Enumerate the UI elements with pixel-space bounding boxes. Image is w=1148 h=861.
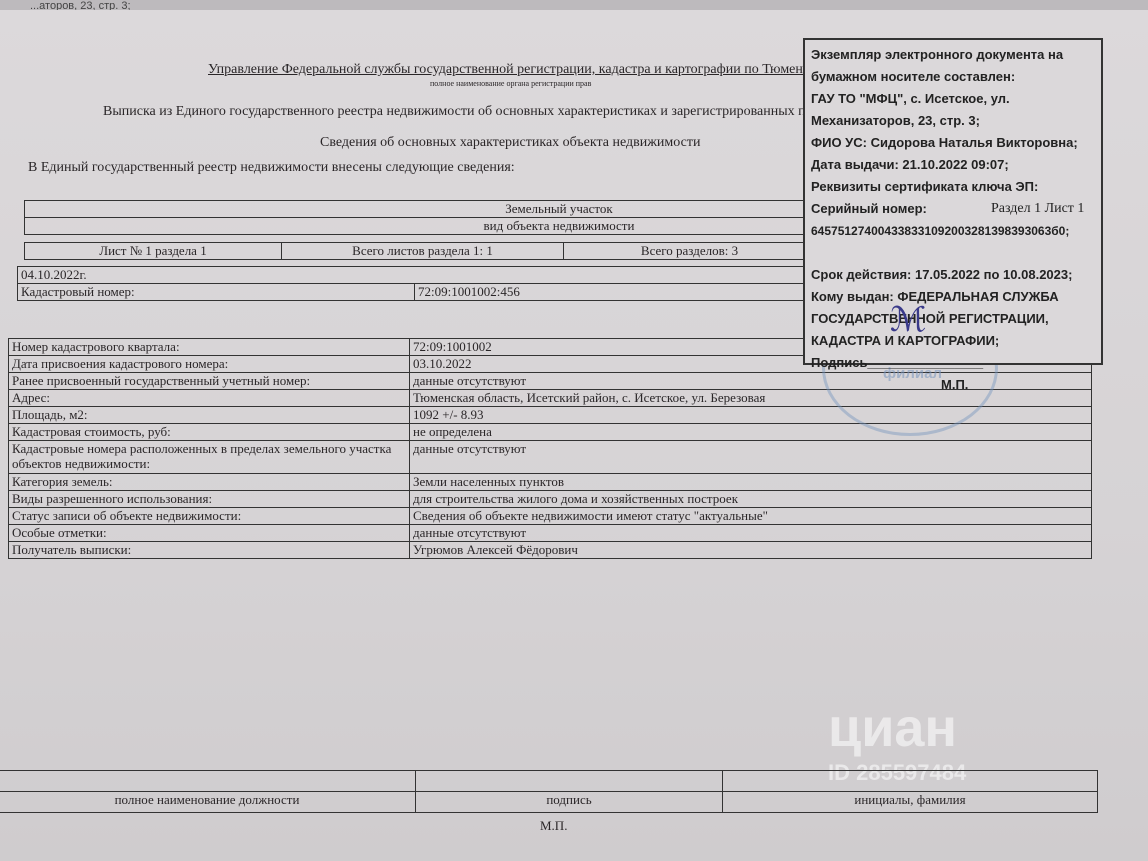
cadastral-label: Кадастровый номер:	[18, 284, 415, 301]
stamp-line: Реквизиты сертификата ключа ЭП:	[811, 176, 1101, 198]
table-row: Получатель выписки:Угрюмов Алексей Фёдор…	[9, 542, 1092, 559]
position-caption: полное наименование должности	[0, 792, 416, 813]
detail-label: Особые отметки:	[9, 525, 410, 542]
stamp-line: Срок действия: 17.05.2022 по 10.08.2023;	[811, 264, 1101, 286]
stamp-line	[811, 242, 1101, 264]
sheet-number: Лист № 1 раздела 1	[25, 243, 282, 260]
detail-label: Получатель выписки:	[9, 542, 410, 559]
stamp-line: ФИО УС: Сидорова Наталья Викторовна;	[811, 132, 1101, 154]
stamp-line: ГАУ ТО "МФЦ", с. Исетское, ул.	[811, 88, 1101, 110]
detail-value: данные отсутствуют	[410, 525, 1092, 542]
electronic-copy-stamp: Экземпляр электронного документа на бума…	[803, 38, 1103, 365]
stamp-line: Кому выдан: ФЕДЕРАЛЬНАЯ СЛУЖБА	[811, 286, 1101, 308]
table-row: Особые отметки:данные отсутствуют	[9, 525, 1092, 542]
handwritten-signature-icon: ℳ	[890, 300, 926, 340]
serial-label: Серийный номер:	[811, 201, 927, 216]
stamp-line: Дата выдачи: 21.10.2022 09:07;	[811, 154, 1101, 176]
seal-caption: М.П.	[540, 818, 567, 834]
detail-value: Земли населенных пунктов	[410, 474, 1092, 491]
detail-value: не определена	[410, 424, 1092, 441]
detail-label: Категория земель:	[9, 474, 410, 491]
sections-total: Всего разделов: 3	[564, 243, 816, 260]
table-row: Кадастровые номера расположенных в преде…	[9, 441, 1092, 474]
detail-label: Адрес:	[9, 390, 410, 407]
detail-value: 1092 +/- 8.93	[410, 407, 1092, 424]
signature-caption: подпись	[416, 792, 723, 813]
detail-value: для строительства жилого дома и хозяйств…	[410, 491, 1092, 508]
detail-label: Номер кадастрового квартала:	[9, 339, 410, 356]
detail-value: Сведения об объекте недвижимости имеют с…	[410, 508, 1092, 525]
stamp-mp: М.П.	[811, 374, 1101, 396]
serial-number: 645751274004338331092003281398393063б0;	[811, 220, 1101, 242]
section-title: Сведения об основных характеристиках объ…	[320, 135, 700, 151]
detail-label: Виды разрешенного использования:	[9, 491, 410, 508]
detail-value: данные отсутствуют	[410, 441, 1092, 474]
detail-value: Угрюмов Алексей Фёдорович	[410, 542, 1092, 559]
signature-line: Подпись________________	[811, 352, 1101, 374]
table-row: Виды разрешенного использования:для стро…	[9, 491, 1092, 508]
detail-label: Статус записи об объекте недвижимости:	[9, 508, 410, 525]
sheets-in-section: Всего листов раздела 1: 1	[282, 243, 564, 260]
stamp-line: Серийный номер:Раздел 1 Лист 1	[811, 198, 1101, 220]
stamp-line: Экземпляр электронного документа на	[811, 44, 1101, 66]
stamp-line: КАДАСТРА И КАРТОГРАФИИ;	[811, 330, 1101, 352]
signatory-table: полное наименование должности подпись ин…	[0, 770, 1098, 813]
watermark-brand: циан	[828, 700, 966, 756]
table-row: Категория земель:Земли населенных пункто…	[9, 474, 1092, 491]
organization-name: Управление Федеральной службы государств…	[208, 62, 880, 78]
detail-label: Ранее присвоенный государственный учетны…	[9, 373, 410, 390]
organization-caption: полное наименование органа регистрации п…	[430, 79, 591, 88]
detail-label: Кадастровая стоимость, руб:	[9, 424, 410, 441]
name-caption: инициалы, фамилия	[723, 792, 1098, 813]
detail-label: Кадастровые номера расположенных в преде…	[9, 441, 410, 474]
detail-label: Дата присвоения кадастрового номера:	[9, 356, 410, 373]
stamp-line: бумажном носителе составлен:	[811, 66, 1101, 88]
detail-label: Площадь, м2:	[9, 407, 410, 424]
section-sheet-label: Раздел 1 Лист 1	[991, 198, 1084, 220]
intro-text: В Единый государственный реестр недвижим…	[28, 160, 515, 176]
stamp-line: ГОСУДАРСТВЕННОЙ РЕГИСТРАЦИИ,	[811, 308, 1101, 330]
stamp-line: Механизаторов, 23, стр. 3;	[811, 110, 1101, 132]
table-row: Статус записи об объекте недвижимости:Св…	[9, 508, 1092, 525]
